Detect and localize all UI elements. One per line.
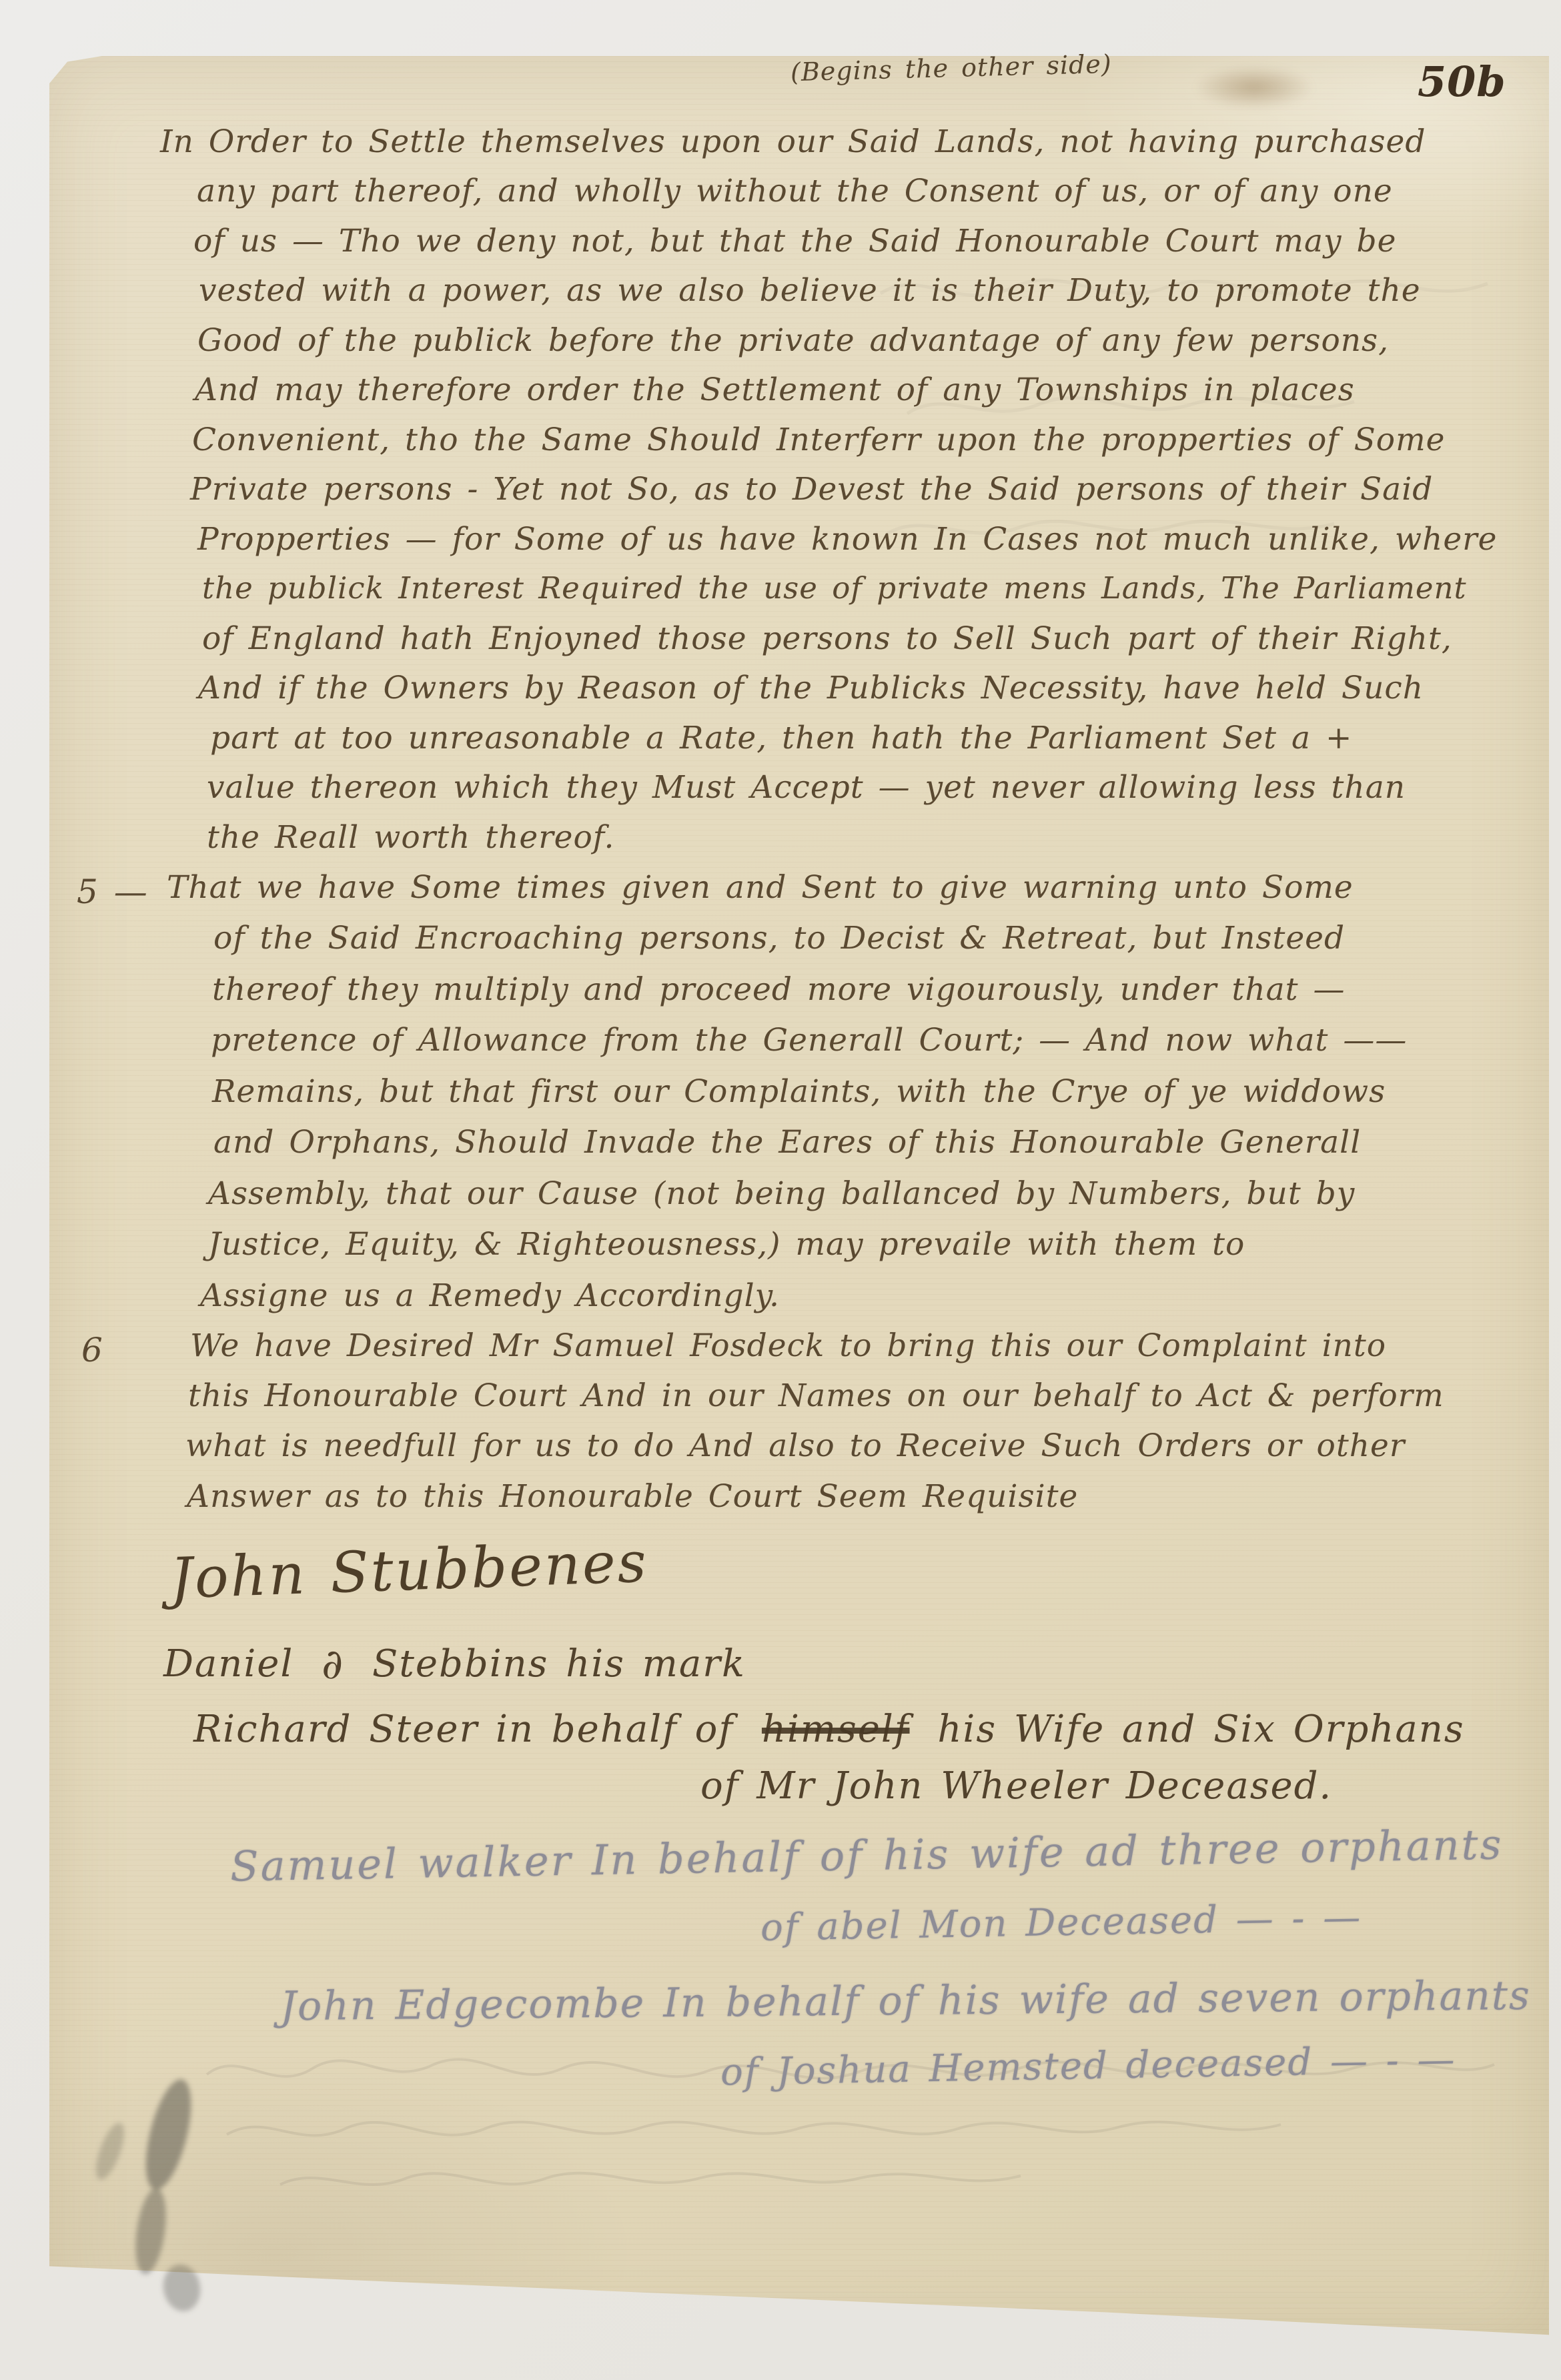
signature-richard-steer: Richard Steer in behalf of himself his W… [193,1708,1465,1751]
manuscript-line: of England hath Enjoyned those persons t… [202,620,1452,657]
manuscript-line: of the Said Encroaching persons, to Deci… [213,920,1345,957]
manuscript-line: any part thereof, and wholly without the… [197,173,1393,209]
item-6-marker: 6 [81,1331,103,1369]
manuscript-line: value thereon which they Must Accept — y… [207,769,1406,806]
ink-stain [1194,65,1314,109]
signature-richard-steer-line2: of Mr John Wheeler Deceased. [700,1764,1332,1808]
manuscript-line: And if the Owners by Reason of the Publi… [198,670,1424,706]
manuscript-line: the Reall worth thereof. [207,819,614,856]
manuscript-line: Remains, but that first our Complaints, … [212,1073,1386,1110]
manuscript-line: the publick Interest Required the use of… [202,570,1467,606]
daniel-stebbins-name: Daniel [163,1642,294,1686]
manuscript-line: Good of the publick before the private a… [197,322,1389,359]
item-5-marker: 5 — [77,872,148,911]
manuscript-line: thereof they multiply and proceed more v… [212,971,1345,1008]
richard-steer-struck-word: himself [762,1708,910,1751]
richard-steer-suffix: his Wife and Six Orphans [937,1708,1464,1751]
scan-background: { "colors": { "scan_background": "#e9e7e… [0,0,1561,2380]
manuscript-line: this Honourable Court And in our Names o… [188,1377,1444,1414]
manuscript-line: of us — Tho we deny not, but that the Sa… [193,223,1396,259]
manuscript-line: Answer as to this Honourable Court Seem … [187,1478,1078,1515]
signature-daniel-stebbins: Daniel ∂ Stebbins his mark [163,1638,746,1686]
manuscript-line: Assembly, that our Cause (not being ball… [208,1175,1355,1212]
manuscript-line: part at too unreasonable a Rate, then ha… [210,720,1352,756]
daniel-stebbins-suffix: Stebbins his mark [372,1642,746,1686]
manuscript-line: vested with a power, as we also believe … [199,272,1421,309]
manuscript-line: Convenient, tho the Same Should Interfer… [192,422,1445,458]
manuscript-line: what is needfull for us to do And also t… [185,1427,1405,1464]
manuscript-line: That we have Some times given and Sent t… [167,869,1354,906]
manuscript-line: Private persons - Yet not So, as to Deve… [190,471,1433,508]
daniel-stebbins-mark: ∂ [322,1640,344,1688]
manuscript-line: and Orphans, Should Invade the Eares of … [213,1124,1361,1161]
manuscript-line: pretence of Allowance from the Generall … [211,1022,1407,1059]
manuscript-line: Propperties — for Some of us have known … [197,521,1497,558]
manuscript-line: Assigne us a Remedy Accordingly. [200,1277,780,1314]
manuscript-line: We have Desired Mr Samuel Fosdeck to bri… [190,1327,1386,1364]
manuscript-line: Justice, Equity, & Righteousness,) may p… [208,1226,1245,1263]
manuscript-line: In Order to Settle themselves upon our S… [160,123,1426,160]
manuscript-line: And may therefore order the Settlement o… [195,372,1355,408]
richard-steer-prefix: Richard Steer in behalf of [193,1708,734,1751]
page-number: 50b [1418,57,1506,106]
